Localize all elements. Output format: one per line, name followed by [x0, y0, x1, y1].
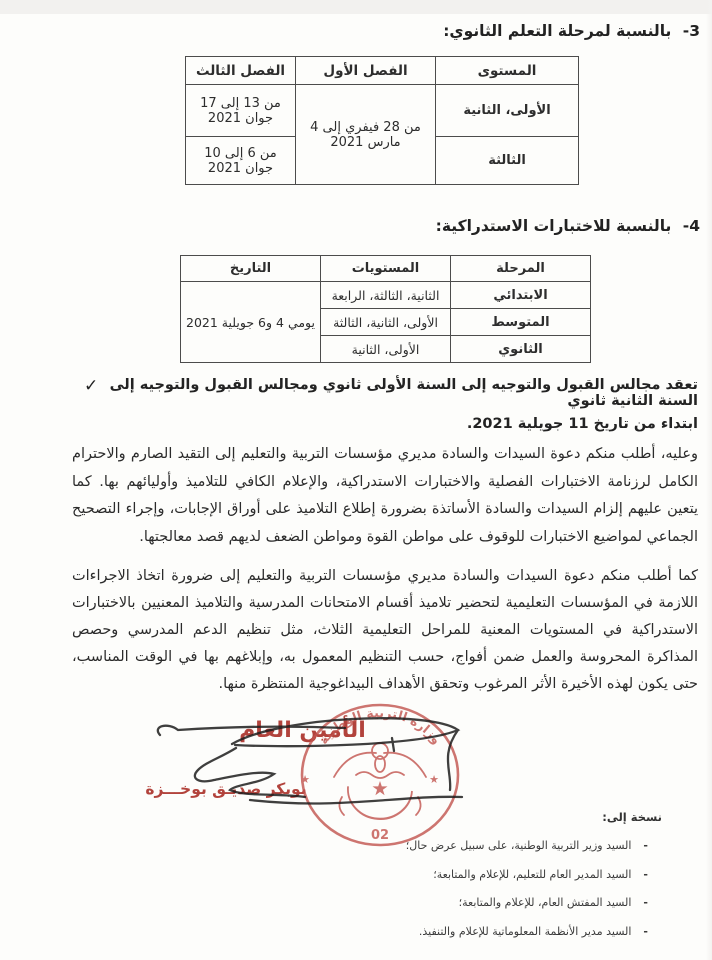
table-cell-term3-dates-a: من 13 إلى 17 جوان 2021 [186, 85, 296, 137]
table-cell-term1-dates: من 28 فيفري إلى 4 مارس 2021 [296, 85, 436, 185]
scan-artifact-top [0, 0, 712, 14]
checkmark-icon: ✓ [84, 375, 98, 397]
copy-item-text: السيد المدير العام للتعليم، للإعلام والم… [433, 861, 631, 890]
copy-to-list: - السيد وزير التربية الوطنية، على سبيل ع… [348, 832, 648, 946]
secondary-terms-table: المستوى الفصل الأول الفصل الثالث الأولى،… [185, 56, 579, 185]
copy-item-dg-education: - السيد المدير العام للتعليم، للإعلام وا… [348, 861, 648, 890]
stamp-graphic: وزارة التربية الوطنية ★ ★ 02 [298, 701, 462, 849]
table-cell-stage-secondary: الثانوي [451, 336, 591, 363]
copy-item-text: السيد المفتش العام، للإعلام والمتابعة؛ [459, 889, 632, 918]
scanned-document-page: 3- بالنسبة لمرحلة التعلم الثانوي: المستو… [0, 0, 712, 960]
table-cell-levels-primary: الثانية، الثالثة، الرابعة [321, 282, 451, 309]
col-header-level: المستوى [436, 57, 579, 85]
table-cell-levels-secondary: الأولى، الثانية [321, 336, 451, 363]
section4-title: بالنسبة للاختبارات الاستدراكية: [436, 217, 672, 235]
dash-bullet: - [643, 889, 648, 918]
stamp-ring-text-curved: وزارة التربية الوطنية [315, 705, 444, 747]
copy-item-text: السيد مدير الأنظمة المعلوماتية للإعلام و… [419, 918, 632, 947]
table-cell-level-1-2: الأولى، الثانية [436, 85, 579, 137]
table-cell-term3-dates-b: من 6 إلى 10 جوان 2021 [186, 137, 296, 185]
copy-to-header: نسخة إلى: [602, 810, 662, 824]
note-line1-text: تعقد مجالس القبول والتوجيه إلى السنة الأ… [98, 377, 698, 409]
col-header-levels: المستويات [321, 256, 451, 282]
section4-number: 4- [683, 217, 700, 235]
paragraph-exam-schedule-compliance: وعليه، أطلب منكم دعوة السيدات والسادة مد… [72, 441, 698, 551]
paragraph-exam-preparation-measures: كما أطلب منكم دعوة السيدات والسادة مديري… [72, 563, 698, 698]
admission-councils-note: ✓ تعقد مجالس القبول والتوجيه إلى السنة ا… [84, 377, 698, 432]
section4-heading: 4- بالنسبة للاختبارات الاستدراكية: [436, 217, 700, 235]
copy-item-minister: - السيد وزير التربية الوطنية، على سبيل ع… [348, 832, 648, 861]
stamp-star-right-icon: ★ [429, 773, 439, 786]
official-stamp: وزارة التربية الوطنية ★ ★ 02 [298, 701, 462, 849]
dash-bullet: - [643, 832, 648, 861]
section3-heading: 3- بالنسبة لمرحلة التعلم الثانوي: [443, 22, 700, 40]
remedial-exams-table: المرحلة المستويات التاريخ الابتدائي الثا… [180, 255, 591, 363]
col-header-term1: الفصل الأول [296, 57, 436, 85]
col-header-term3: الفصل الثالث [186, 57, 296, 85]
table-cell-stage-middle: المتوسط [451, 309, 591, 336]
table-cell-remedial-date: يومي 4 و6 جويلية 2021 [181, 282, 321, 363]
copy-item-it-director: - السيد مدير الأنظمة المعلوماتية للإعلام… [348, 918, 648, 947]
table-cell-level-3: الثالثة [436, 137, 579, 185]
dash-bullet: - [643, 918, 648, 947]
table-cell-stage-primary: الابتدائي [451, 282, 591, 309]
table-cell-levels-middle: الأولى، الثانية، الثالثة [321, 309, 451, 336]
col-header-stage: المرحلة [451, 256, 591, 282]
stamp-star-center-icon [373, 781, 388, 795]
copy-item-inspector-general: - السيد المفتش العام، للإعلام والمتابعة؛ [348, 889, 648, 918]
section3-title: بالنسبة لمرحلة التعلم الثانوي: [443, 22, 671, 40]
scan-artifact-edge [706, 0, 712, 960]
dash-bullet: - [643, 861, 648, 890]
section3-number: 3- [683, 22, 700, 40]
note-line2-text: ابتداء من تاريخ 11 جويلية 2021. [84, 416, 698, 432]
col-header-date: التاريخ [181, 256, 321, 282]
copy-item-text: السيد وزير التربية الوطنية، على سبيل عرض… [406, 832, 632, 861]
stamp-star-left-icon: ★ [300, 773, 310, 786]
